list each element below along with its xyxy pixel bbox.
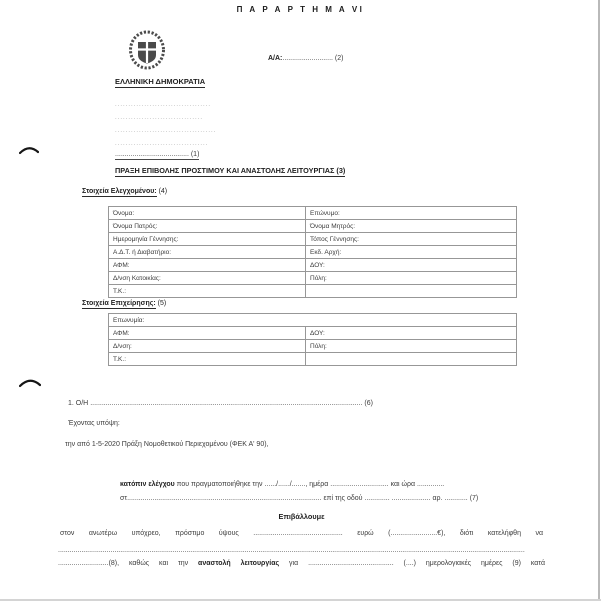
penalty-dotted-line: ........................................… xyxy=(58,547,545,554)
field-label-cell: Ημερομηνία Γέννησης: xyxy=(109,233,306,246)
table-row: Δ/νση:Πόλη: xyxy=(109,340,517,353)
inspected-heading-ref: (4) xyxy=(157,188,168,195)
field-label-cell xyxy=(306,285,517,298)
inspection-line-2: στ......................................… xyxy=(120,492,520,506)
inspected-details-table: Όνομα:Επώνυμο: Όνομα Πατρός:Όνομα Μητρός… xyxy=(108,206,517,298)
date-dotted-field: ....../....../......., xyxy=(265,481,308,488)
field-label-cell: Όνομα: xyxy=(109,207,306,220)
reason-dotted-field: .......................... xyxy=(58,560,109,567)
serial-dotted-field: .......................... xyxy=(282,55,333,62)
business-section-heading: Στοιχεία Επιχείρησης: (5) xyxy=(82,300,166,307)
street-dotted-field: ............. .................... xyxy=(364,495,430,502)
field-label-cell: Επώνυμο: xyxy=(306,207,517,220)
scanned-document-page: Π Α Ρ Α Ρ Τ Η Μ Α VI Α/Α:...............… xyxy=(0,0,601,601)
field-label-cell: Δ/νση Κατοικίας: xyxy=(109,272,306,285)
table-row: Όνομα Πατρός:Όνομα Μητρός: xyxy=(109,220,517,233)
penalty-line-1: στον ανωτέρω υπόχρεο, πρόστιμο ύψους ...… xyxy=(60,530,543,537)
field-label-cell: ΑΦΜ: xyxy=(109,259,306,272)
impose-heading: Επιβάλλουμε xyxy=(60,512,543,521)
inspection-line-1: κατόπιν ελέγχου που πραγματοποιήθηκε την… xyxy=(120,478,520,492)
officer-ref: (6) xyxy=(362,400,373,407)
field-label-cell: Τ.Κ.: xyxy=(109,285,306,298)
days-dotted-field: ........................................… xyxy=(308,560,394,567)
field-label-cell: ΔΟΥ: xyxy=(306,259,517,272)
field-label-cell: Α.Δ.Τ. ή Διαβατήριο: xyxy=(109,246,306,259)
table-row: ΑΦΜ:ΔΟΥ: xyxy=(109,259,517,272)
number-dotted-field: ............ xyxy=(444,495,467,502)
business-details-table: Επωνυμία: ΑΦΜ:ΔΟΥ: Δ/νση:Πόλη: Τ.Κ.: xyxy=(108,313,517,366)
greek-coat-of-arms-icon xyxy=(127,28,167,74)
amount-euro-dotted-field: ........................ xyxy=(390,530,437,537)
issuer-line: ...................................... (… xyxy=(115,151,199,158)
field-label-cell: ΔΟΥ: xyxy=(306,327,517,340)
letterhead-address-lines: .................................... ...… xyxy=(115,99,216,151)
table-row: Όνομα:Επώνυμο: xyxy=(109,207,517,220)
hellenic-republic-heading: ΕΛΛΗΝΙΚΗ ΔΗΜΟΚΡΑΤΙΑ xyxy=(115,77,205,88)
inspected-section-heading: Στοιχεία Ελεγχομένου: (4) xyxy=(82,188,167,195)
field-label-cell: Όνομα Πατρός: xyxy=(109,220,306,233)
field-label-cell: ΑΦΜ: xyxy=(109,327,306,340)
penalty-line-3: ..........................(8), καθώς και… xyxy=(58,560,545,567)
legal-basis-line: την από 1-5-2020 Πράξη Νομοθετικού Περιε… xyxy=(65,441,269,448)
serial-ref: (2) xyxy=(333,55,344,62)
having-regard-line: Έχοντας υπόψη: xyxy=(68,420,120,427)
act-title: ΠΡΑΞΗ ΕΠΙΒΟΛΗΣ ΠΡΟΣΤΙΜΟΥ ΚΑΙ ΑΝΑΣΤΟΛΗΣ Λ… xyxy=(115,166,345,175)
field-label-cell: Εκδ. Αρχή: xyxy=(306,246,517,259)
annex-title: Π Α Ρ Α Ρ Τ Η Μ Α VI xyxy=(0,5,601,14)
field-label-cell: Όνομα Μητρός: xyxy=(306,220,517,233)
officer-dotted-field: ........................................… xyxy=(90,400,362,407)
field-label-cell: Τ.Κ.: xyxy=(109,353,306,366)
address-dotted-line: ...................................... xyxy=(115,125,216,138)
table-row: Α.Δ.Τ. ή Διαβατήριο:Εκδ. Αρχή: xyxy=(109,246,517,259)
inspection-details-paragraph: κατόπιν ελέγχου που πραγματοποιήθηκε την… xyxy=(120,478,520,505)
address-dotted-line: .................................... xyxy=(115,99,216,112)
serial-number-line: Α/Α:.......................... (2) xyxy=(268,55,343,62)
scan-mark-arc xyxy=(19,377,41,389)
field-label-cell: Δ/νση: xyxy=(109,340,306,353)
suspension-bold: αναστολή λειτουργίας xyxy=(198,560,279,567)
officer-line: 1. Ο/Η .................................… xyxy=(68,400,548,407)
table-row: Ημερομηνία Γέννησης:Τόπος Γέννησης: xyxy=(109,233,517,246)
table-row: Τ.Κ.: xyxy=(109,353,517,366)
inspection-ref: (7) xyxy=(468,495,479,502)
field-label-cell: Πόλη: xyxy=(306,272,517,285)
issuer-ref: (1) xyxy=(189,151,200,158)
scan-edge-right xyxy=(598,0,600,601)
day-dotted-field: .............................. xyxy=(330,481,388,488)
field-label-cell: Πόλη: xyxy=(306,340,517,353)
serial-label: Α/Α: xyxy=(268,55,282,62)
table-row: Επωνυμία: xyxy=(109,314,517,327)
officer-prefix: 1. Ο/Η xyxy=(68,400,90,407)
scan-mark-arc xyxy=(19,145,39,156)
field-label-cell: Τόπος Γέννησης: xyxy=(306,233,517,246)
table-row: Δ/νση Κατοικίας:Πόλη: xyxy=(109,272,517,285)
address-dotted-line: ................................... xyxy=(115,138,216,151)
inspection-bold: κατόπιν ελέγχου xyxy=(120,481,175,488)
issuer-dotted-field: ...................................... xyxy=(115,151,189,158)
amount-dotted-field: ........................................… xyxy=(253,530,342,537)
address-dotted-line: ................................. xyxy=(115,112,216,125)
business-heading-ref: (5) xyxy=(156,300,167,307)
location-dotted-field: ........................................… xyxy=(127,495,321,502)
days-paren: (....) xyxy=(404,560,416,567)
table-row: ΑΦΜ:ΔΟΥ: xyxy=(109,327,517,340)
field-label-cell: Επωνυμία: xyxy=(109,314,517,327)
field-label-cell xyxy=(306,353,517,366)
table-row: Τ.Κ.: xyxy=(109,285,517,298)
time-dotted-field: .............. xyxy=(417,481,444,488)
